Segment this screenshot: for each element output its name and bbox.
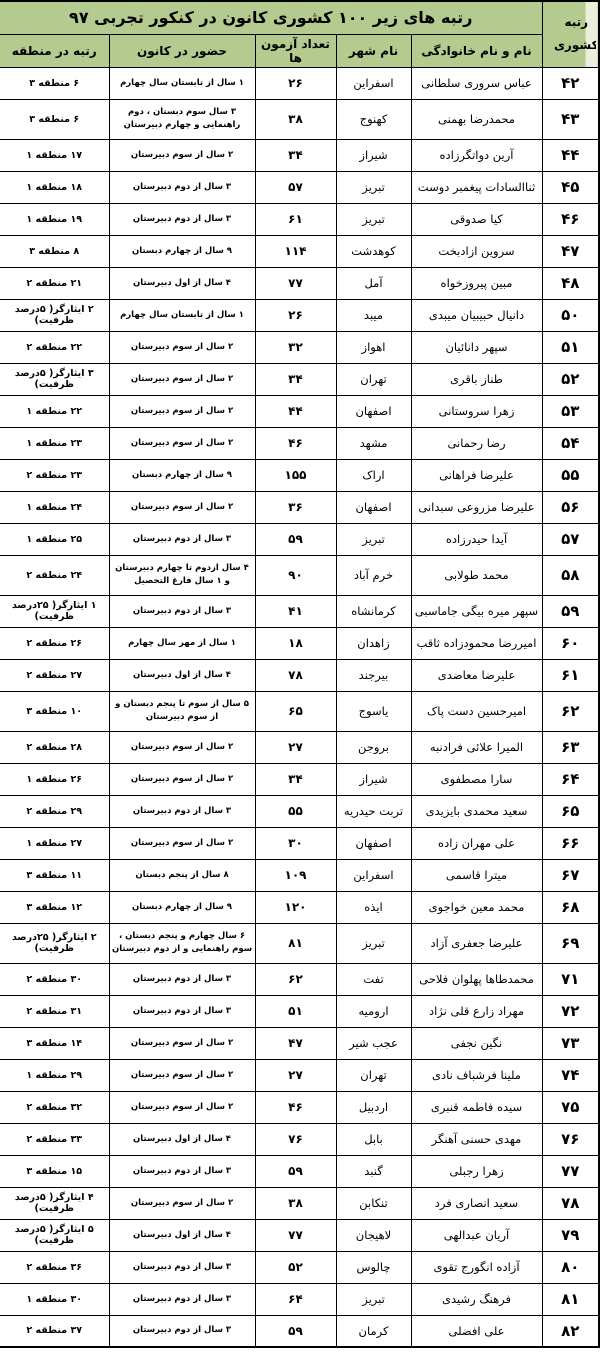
exams-cell: ۳۴ [255,763,336,795]
name-cell: محمد طولابی [411,555,542,595]
name-cell: محمد معین خواجوی [411,891,542,923]
name-cell: علیرضا معاضدی [411,659,542,691]
name-cell: علی افضلی [411,1315,542,1347]
exams-cell: ۷۸ [255,659,336,691]
table-row: ۵۸محمد طولابیخرم آباد۹۰۴ سال ازدوم تا چه… [0,555,599,595]
exams-cell: ۴۷ [255,1027,336,1059]
region-cell: ۲ ایثارگر( ۵درصد ظرفیت) [0,299,109,331]
exams-cell: ۵۱ [255,995,336,1027]
table-title: رتبه های زیر ۱۰۰ کشوری کانون در کنکور تج… [0,1,542,34]
region-cell: ۱۱ منطقه ۳ [0,859,109,891]
kanoon-cell: ۳ سال از دوم دبیرستان [109,1315,255,1347]
table-row: ۸۲علی افضلیکرمان۵۹۳ سال از دوم دبیرستان۳… [0,1315,599,1347]
column-header-region: رتبه در منطقه [0,34,109,67]
exams-cell: ۳۸ [255,99,336,139]
column-header-exams: تعداد آزمون ها [255,34,336,67]
kanoon-cell: ۲ سال از سوم دبیرستان [109,363,255,395]
name-cell: سعید محمدی بایزیدی [411,795,542,827]
kanoon-cell: ۳ سال از دوم دبیرستان [109,963,255,995]
rank-cell: ۵۴ [542,427,599,459]
table-row: ۷۶مهدی حسنی آهنگربابل۷۶۴ سال از اول دبیر… [0,1123,599,1155]
table-row: ۴۲عباس سروری سلطانیاسفراین۲۶۱ سال از تاب… [0,67,599,99]
kanoon-cell: ۳ سال از دوم دبیرستان [109,795,255,827]
name-cell: امیررضا محمودزاده ثاقب [411,627,542,659]
region-cell: ۲۷ منطقه ۲ [0,659,109,691]
kanoon-cell: ۳ سال از دوم دبیرستان [109,171,255,203]
region-cell: ۲۶ منطقه ۱ [0,763,109,795]
table-row: ۵۱سپهر دانائیاناهواز۳۲۲ سال از سوم دبیرس… [0,331,599,363]
table-row: ۶۰امیررضا محمودزاده ثاقبزاهدان۱۸۱ سال از… [0,627,599,659]
name-cell: سپهر دانائیان [411,331,542,363]
table-row: ۶۹علیرضا جعفری آزادتبریز۸۱۶ سال چهارم و … [0,923,599,963]
name-cell: دانیال حبیبیان میبدی [411,299,542,331]
city-cell: تهران [336,1059,411,1091]
rank-cell: ۴۸ [542,267,599,299]
name-cell: فرهنگ رشیدی [411,1283,542,1315]
name-cell: علی مهران زاده [411,827,542,859]
city-cell: ارومیه [336,995,411,1027]
kanoon-cell: ۳ سال از دوم دبیرستان [109,1283,255,1315]
city-cell: تبریز [336,171,411,203]
rank-cell: ۶۹ [542,923,599,963]
rank-cell: ۴۳ [542,99,599,139]
exams-cell: ۵۹ [255,1315,336,1347]
city-cell: اصفهان [336,491,411,523]
city-cell: شیراز [336,763,411,795]
kanoon-cell: ۱ سال از مهر سال چهارم [109,627,255,659]
kanoon-cell: ۳ سال سوم دبستان ، دوم راهنمایی و چهارم … [109,99,255,139]
region-cell: ۱۵ منطقه ۳ [0,1155,109,1187]
exams-cell: ۴۶ [255,427,336,459]
city-cell: اردبیل [336,1091,411,1123]
kanoon-cell: ۳ سال از دوم دبیرستان [109,595,255,627]
region-cell: ۲۹ منطقه ۱ [0,1059,109,1091]
kanoon-cell: ۲ سال از سوم دبیرستان [109,1091,255,1123]
kanoon-cell: ۴ سال از اول دبیرستان [109,1123,255,1155]
city-cell: اراک [336,459,411,491]
rank-cell: ۸۲ [542,1315,599,1347]
rank-cell: ۶۰ [542,627,599,659]
table-row: ۷۵سیده فاطمه قنبریاردبیل۴۶۲ سال از سوم د… [0,1091,599,1123]
exams-cell: ۱۰۹ [255,859,336,891]
region-cell: ۲ ایثارگر( ۲۵درصد ظرفیت) [0,923,109,963]
table-row: ۴۴آرین دواتگرزادهشیراز۳۴۲ سال از سوم دبی… [0,139,599,171]
city-cell: تهران [336,363,411,395]
rank-cell: ۷۲ [542,995,599,1027]
rank-cell: ۵۱ [542,331,599,363]
region-cell: ۲۶ منطقه ۲ [0,627,109,659]
region-cell: ۱۰ منطقه ۳ [0,691,109,731]
city-cell: آمل [336,267,411,299]
exams-cell: ۶۲ [255,963,336,995]
city-cell: اصفهان [336,827,411,859]
table-row: ۴۵ثناالسادات پیغمبر دوستتبریز۵۷۳ سال از … [0,171,599,203]
exams-cell: ۷۷ [255,1219,336,1251]
rank-cell: ۵۵ [542,459,599,491]
table-row: ۸۱فرهنگ رشیدیتبریز۶۴۳ سال از دوم دبیرستا… [0,1283,599,1315]
region-cell: ۱۹ منطقه ۱ [0,203,109,235]
kanoon-cell: ۹ سال از چهارم دبستان [109,459,255,491]
city-cell: بروجن [336,731,411,763]
exams-cell: ۱۵۵ [255,459,336,491]
rank-cell: ۸۰ [542,1251,599,1283]
rank-cell: ۷۴ [542,1059,599,1091]
kanoon-cell: ۳ سال از دوم دبیرستان [109,523,255,555]
name-cell: ثناالسادات پیغمبر دوست [411,171,542,203]
name-cell: سیده فاطمه قنبری [411,1091,542,1123]
rank-cell: ۷۵ [542,1091,599,1123]
city-cell: لاهیجان [336,1219,411,1251]
rank-cell: ۸۱ [542,1283,599,1315]
name-cell: محمدطاها پهلوان فلاحی [411,963,542,995]
rank-cell: ۶۳ [542,731,599,763]
exams-cell: ۸۱ [255,923,336,963]
rank-cell: ۴۷ [542,235,599,267]
name-cell: آریان عبدالهی [411,1219,542,1251]
city-cell: تفت [336,963,411,995]
exams-cell: ۷۶ [255,1123,336,1155]
rank-cell: ۷۳ [542,1027,599,1059]
table-row: ۷۸سعید انصاری فردتنکابن۳۸۲ سال از سوم دب… [0,1187,599,1219]
column-header-city: نام شهر [336,34,411,67]
region-cell: ۳۱ منطقه ۲ [0,995,109,1027]
rank-cell: ۴۵ [542,171,599,203]
kanoon-cell: ۴ سال از اول دبیرستان [109,1219,255,1251]
name-cell: علیرضا فراهانی [411,459,542,491]
region-cell: ۲۹ منطقه ۲ [0,795,109,827]
table-row: ۶۸محمد معین خواجویایذه۱۲۰۹ سال از چهارم … [0,891,599,923]
rank-cell: ۶۸ [542,891,599,923]
kanoon-cell: ۳ سال از دوم دبیرستان [109,995,255,1027]
exams-cell: ۲۷ [255,731,336,763]
exams-cell: ۲۶ [255,67,336,99]
exams-cell: ۴۴ [255,395,336,427]
exams-cell: ۱۲۰ [255,891,336,923]
rank-cell: ۴۲ [542,67,599,99]
city-cell: تبریز [336,923,411,963]
table-row: ۴۸مبین پیروزخواهآمل۷۷۴ سال از اول دبیرست… [0,267,599,299]
table-row: ۵۰دانیال حبیبیان میبدیمیبد۲۶۱ سال از تاب… [0,299,599,331]
name-cell: سعید انصاری فرد [411,1187,542,1219]
table-row: ۶۴سارا مصطفویشیراز۳۴۲ سال از سوم دبیرستا… [0,763,599,795]
name-cell: محمدرضا بهمنی [411,99,542,139]
city-cell: یاسوج [336,691,411,731]
table-row: ۷۹آریان عبدالهیلاهیجان۷۷۴ سال از اول دبی… [0,1219,599,1251]
region-cell: ۳۳ منطقه ۲ [0,1123,109,1155]
exams-cell: ۵۷ [255,171,336,203]
table-body: ۴۲عباس سروری سلطانیاسفراین۲۶۱ سال از تاب… [0,67,599,1347]
table-row: ۷۷زهرا رجبلیگنبد۵۹۳ سال از دوم دبیرستان۱… [0,1155,599,1187]
region-cell: ۲۸ منطقه ۲ [0,731,109,763]
name-cell: نگین نجفی [411,1027,542,1059]
name-cell: المیرا علائی فرادنبه [411,731,542,763]
city-cell: تربت حیدریه [336,795,411,827]
region-cell: ۶ منطقه ۳ [0,99,109,139]
name-cell: عباس سروری سلطانی [411,67,542,99]
name-cell: کیا صدوقی [411,203,542,235]
region-cell: ۸ منطقه ۳ [0,235,109,267]
rank-cell: ۷۶ [542,1123,599,1155]
name-cell: مهراد زارع قلی نژاد [411,995,542,1027]
rank-cell: ۷۷ [542,1155,599,1187]
city-cell: عجب شیر [336,1027,411,1059]
header-row: نام و نام خانوادگی نام شهر تعداد آزمون ه… [0,34,599,67]
kanoon-cell: ۵ سال از سوم تا پنجم دبستان و از سوم دبی… [109,691,255,731]
name-cell: امیرحسین دست پاک [411,691,542,731]
rank-cell: ۵۲ [542,363,599,395]
title-row: رتبه کشوری رتبه های زیر ۱۰۰ کشوری کانون … [0,1,599,34]
region-cell: ۱۸ منطقه ۱ [0,171,109,203]
city-cell: تبریز [336,203,411,235]
rank-column-header-label: رتبه کشوری [545,11,597,57]
name-cell: آرین دواتگرزاده [411,139,542,171]
table-row: ۷۳نگین نجفیعجب شیر۴۷۲ سال از سوم دبیرستا… [0,1027,599,1059]
table-row: ۵۲طناز باقریتهران۳۴۲ سال از سوم دبیرستان… [0,363,599,395]
table-row: ۵۳زهرا سروستانیاصفهان۴۴۲ سال از سوم دبیر… [0,395,599,427]
kanoon-cell: ۲ سال از سوم دبیرستان [109,1059,255,1091]
region-cell: ۳۷ منطقه ۲ [0,1315,109,1347]
name-cell: میترا قاسمی [411,859,542,891]
table-row: ۶۱علیرضا معاضدیبیرجند۷۸۴ سال از اول دبیر… [0,659,599,691]
kanoon-cell: ۲ سال از سوم دبیرستان [109,427,255,459]
table-row: ۴۳محمدرضا بهمنیکهنوج۳۸۳ سال سوم دبستان ،… [0,99,599,139]
rank-column-header: رتبه کشوری [542,1,599,67]
city-cell: تبریز [336,523,411,555]
city-cell: ایذه [336,891,411,923]
exams-cell: ۵۵ [255,795,336,827]
kanoon-cell: ۱ سال از تابستان سال چهارم [109,67,255,99]
kanoon-cell: ۹ سال از چهارم دبستان [109,235,255,267]
exams-cell: ۵۹ [255,523,336,555]
region-cell: ۳۲ منطقه ۲ [0,1091,109,1123]
rank-cell: ۷۱ [542,963,599,995]
region-cell: ۱۷ منطقه ۱ [0,139,109,171]
region-cell: ۳۶ منطقه ۲ [0,1251,109,1283]
exams-cell: ۴۶ [255,1091,336,1123]
rank-cell: ۶۵ [542,795,599,827]
kanoon-cell: ۲ سال از سوم دبیرستان [109,395,255,427]
table-row: ۶۳المیرا علائی فرادنبهبروجن۲۷۲ سال از سو… [0,731,599,763]
name-cell: طناز باقری [411,363,542,395]
region-cell: ۱۲ منطقه ۳ [0,891,109,923]
exams-cell: ۳۶ [255,491,336,523]
kanoon-cell: ۲ سال از سوم دبیرستان [109,1027,255,1059]
kanoon-cell: ۲ سال از سوم دبیرستان [109,491,255,523]
city-cell: اسفراین [336,859,411,891]
table-row: ۵۴رضا رحمانیمشهد۴۶۲ سال از سوم دبیرستان۲… [0,427,599,459]
table-row: ۸۰آزاده انگورج تقویچالوس۵۲۳ سال از دوم د… [0,1251,599,1283]
exams-cell: ۲۷ [255,1059,336,1091]
rank-cell: ۶۱ [542,659,599,691]
table-row: ۶۷میترا قاسمیاسفراین۱۰۹۸ سال از پنجم دبس… [0,859,599,891]
kanoon-cell: ۴ سال ازدوم تا چهارم دبیرستان و ۱ سال فا… [109,555,255,595]
table-row: ۵۷آیدا حیدرزادهتبریز۵۹۳ سال از دوم دبیرس… [0,523,599,555]
kanoon-cell: ۹ سال از چهارم دبستان [109,891,255,923]
city-cell: چالوس [336,1251,411,1283]
name-cell: آزاده انگورج تقوی [411,1251,542,1283]
rank-cell: ۷۹ [542,1219,599,1251]
city-cell: اسفراین [336,67,411,99]
name-cell: رضا رحمانی [411,427,542,459]
kanoon-cell: ۴ سال از اول دبیرستان [109,659,255,691]
city-cell: کرمانشاه [336,595,411,627]
table-row: ۶۵سعید محمدی بایزیدیتربت حیدریه۵۵۳ سال ا… [0,795,599,827]
rank-cell: ۶۴ [542,763,599,795]
region-cell: ۶ منطقه ۳ [0,67,109,99]
table-row: ۵۵علیرضا فراهانیاراک۱۵۵۹ سال از چهارم دب… [0,459,599,491]
city-cell: بیرجند [336,659,411,691]
region-cell: ۲۵ منطقه ۱ [0,523,109,555]
exams-cell: ۶۱ [255,203,336,235]
city-cell: تنکابن [336,1187,411,1219]
region-cell: ۳۰ منطقه ۲ [0,963,109,995]
table-row: ۵۶علیرضا مزروعی سبدانیاصفهان۳۶۲ سال از س… [0,491,599,523]
name-cell: زهرا رجبلی [411,1155,542,1187]
city-cell: زاهدان [336,627,411,659]
table-row: ۷۲مهراد زارع قلی نژادارومیه۵۱۳ سال از دو… [0,995,599,1027]
name-cell: علیرضا جعفری آزاد [411,923,542,963]
exams-cell: ۳۴ [255,139,336,171]
exams-cell: ۳۲ [255,331,336,363]
table-row: ۴۶کیا صدوقیتبریز۶۱۳ سال از دوم دبیرستان۱… [0,203,599,235]
kanoon-cell: ۲ سال از سوم دبیرستان [109,1187,255,1219]
exams-cell: ۹۰ [255,555,336,595]
rank-cell: ۵۳ [542,395,599,427]
kanoon-cell: ۳ سال از دوم دبیرستان [109,203,255,235]
region-cell: ۱ ایثارگر( ۲۵درصد ظرفیت) [0,595,109,627]
region-cell: ۲۴ منطقه ۱ [0,491,109,523]
kanoon-cell: ۲ سال از سوم دبیرستان [109,763,255,795]
region-cell: ۲۲ منطقه ۱ [0,395,109,427]
table-row: ۵۹سپهر میره بیگی جاماسبیکرمانشاه۴۱۳ سال … [0,595,599,627]
region-cell: ۳ ایثارگر( ۵درصد ظرفیت) [0,363,109,395]
kanoon-cell: ۴ سال از اول دبیرستان [109,267,255,299]
table-row: ۶۶علی مهران زادهاصفهان۳۰۲ سال از سوم دبی… [0,827,599,859]
exams-cell: ۴۱ [255,595,336,627]
exams-cell: ۶۴ [255,1283,336,1315]
rank-cell: ۵۸ [542,555,599,595]
kanoon-cell: ۸ سال از پنجم دبستان [109,859,255,891]
region-cell: ۲۳ منطقه ۱ [0,427,109,459]
exams-cell: ۱۱۴ [255,235,336,267]
kanoon-cell: ۲ سال از سوم دبیرستان [109,827,255,859]
kanoon-cell: ۳ سال از دوم دبیرستان [109,1155,255,1187]
exams-cell: ۵۹ [255,1155,336,1187]
region-cell: ۲۲ منطقه ۲ [0,331,109,363]
exams-cell: ۳۸ [255,1187,336,1219]
name-cell: مبین پیروزخواه [411,267,542,299]
table-row: ۶۲امیرحسین دست پاکیاسوج۶۵۵ سال از سوم تا… [0,691,599,731]
exams-cell: ۲۶ [255,299,336,331]
name-cell: سارا مصطفوی [411,763,542,795]
city-cell: کهنوج [336,99,411,139]
kanoon-cell: ۲ سال از سوم دبیرستان [109,139,255,171]
table-row: ۴۷سروین ازادبختکوهدشت۱۱۴۹ سال از چهارم د… [0,235,599,267]
city-cell: اصفهان [336,395,411,427]
city-cell: کوهدشت [336,235,411,267]
city-cell: میبد [336,299,411,331]
region-cell: ۴ ایثارگر( ۵درصد ظرفیت) [0,1187,109,1219]
column-header-kanoon: حضور در کانون [109,34,255,67]
rank-cell: ۴۴ [542,139,599,171]
rankings-table: رتبه کشوری رتبه های زیر ۱۰۰ کشوری کانون … [0,0,600,1348]
exams-cell: ۷۷ [255,267,336,299]
region-cell: ۵ ایثارگر( ۵درصد ظرفیت) [0,1219,109,1251]
name-cell: سپهر میره بیگی جاماسبی [411,595,542,627]
rank-cell: ۵۷ [542,523,599,555]
rank-cell: ۵۶ [542,491,599,523]
column-header-name: نام و نام خانوادگی [411,34,542,67]
kanoon-cell: ۱ سال از تابستان سال چهارم [109,299,255,331]
city-cell: گنبد [336,1155,411,1187]
kanoon-cell: ۳ سال از دوم دبیرستان [109,1251,255,1283]
city-cell: اهواز [336,331,411,363]
region-cell: ۲۷ منطقه ۱ [0,827,109,859]
city-cell: خرم آباد [336,555,411,595]
name-cell: علیرضا مزروعی سبدانی [411,491,542,523]
exams-cell: ۶۵ [255,691,336,731]
name-cell: سروین ازادبخت [411,235,542,267]
kanoon-cell: ۶ سال چهارم و پنجم دبستان ، سوم راهنمایی… [109,923,255,963]
kanoon-cell: ۲ سال از سوم دبیرستان [109,731,255,763]
rank-cell: ۴۶ [542,203,599,235]
region-cell: ۳۰ منطقه ۱ [0,1283,109,1315]
region-cell: ۲۴ منطقه ۲ [0,555,109,595]
exams-cell: ۳۴ [255,363,336,395]
rank-cell: ۶۲ [542,691,599,731]
rank-cell: ۷۸ [542,1187,599,1219]
name-cell: آیدا حیدرزاده [411,523,542,555]
city-cell: بابل [336,1123,411,1155]
table-row: ۷۱محمدطاها پهلوان فلاحیتفت۶۲۳ سال از دوم… [0,963,599,995]
name-cell: ملینا فرشباف نادی [411,1059,542,1091]
rank-cell: ۶۷ [542,859,599,891]
city-cell: تبریز [336,1283,411,1315]
name-cell: مهدی حسنی آهنگر [411,1123,542,1155]
exams-cell: ۳۰ [255,827,336,859]
region-cell: ۲۱ منطقه ۲ [0,267,109,299]
region-cell: ۲۳ منطقه ۲ [0,459,109,491]
exams-cell: ۵۲ [255,1251,336,1283]
region-cell: ۱۴ منطقه ۳ [0,1027,109,1059]
table-row: ۷۴ملینا فرشباف نادیتهران۲۷۲ سال از سوم د… [0,1059,599,1091]
city-cell: شیراز [336,139,411,171]
city-cell: مشهد [336,427,411,459]
rank-cell: ۶۶ [542,827,599,859]
exams-cell: ۱۸ [255,627,336,659]
kanoon-cell: ۲ سال از سوم دبیرستان [109,331,255,363]
name-cell: زهرا سروستانی [411,395,542,427]
rank-cell: ۵۹ [542,595,599,627]
city-cell: کرمان [336,1315,411,1347]
rank-cell: ۵۰ [542,299,599,331]
